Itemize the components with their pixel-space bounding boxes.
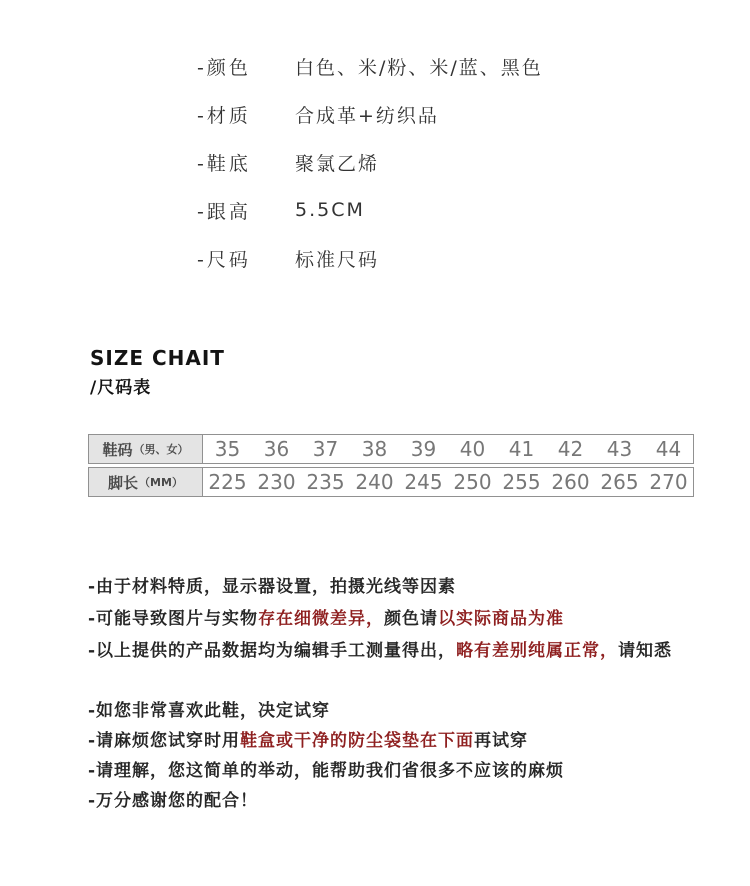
disclaimer-block-2: -如您非常喜欢此鞋，决定试穿 -请麻烦您试穿时用鞋盒或干净的防尘袋垫在下面再试穿… [88, 696, 564, 816]
note-segment: -以上提供的产品数据均为编辑手工测量得出， [88, 641, 456, 661]
size-table-header-text: 脚长 [108, 472, 138, 493]
note-line: -以上提供的产品数据均为编辑手工测量得出，略有差别纯属正常，请知悉 [88, 635, 672, 667]
size-table-row-shoe-size: 鞋码 （男、女） 35 36 37 38 39 40 41 42 43 44 [88, 434, 694, 464]
disclaimer-block-1: -由于材料特质，显示器设置，拍摄光线等因素 -可能导致图片与实物存在细微差异，颜… [88, 571, 672, 667]
size-table-cell: 44 [644, 435, 693, 463]
size-table-cell: 230 [252, 468, 301, 496]
spec-label-material: -材质 [197, 101, 295, 128]
spec-label-sole: -鞋底 [197, 149, 295, 176]
spec-value-size: 标准尺码 [295, 245, 379, 272]
size-table-header-sub: （男、女） [134, 441, 189, 457]
note-segment: 颜色请 [384, 609, 438, 629]
size-table-cell: 260 [546, 468, 595, 496]
spec-row-color: -颜色 白色、米/粉、米/蓝、黑色 [197, 42, 543, 90]
spec-label-heel-height: -跟高 [197, 197, 295, 224]
note-segment: 再试穿 [474, 731, 528, 751]
size-table-cell: 43 [595, 435, 644, 463]
spec-value-heel-height: 5.5CM [295, 199, 365, 221]
spec-row-sole: -鞋底 聚氯乙烯 [197, 138, 543, 186]
size-table-cell: 250 [448, 468, 497, 496]
note-segment: -由于材料特质，显示器设置，拍摄光线等因素 [88, 577, 456, 597]
spec-row-heel-height: -跟高 5.5CM [197, 186, 543, 234]
note-segment: -可能导致图片与实物 [88, 609, 258, 629]
note-segment-red: 存在细微差异， [258, 609, 384, 629]
note-line: -如您非常喜欢此鞋，决定试穿 [88, 696, 564, 726]
note-segment: -如您非常喜欢此鞋，决定试穿 [88, 701, 330, 721]
note-line: -由于材料特质，显示器设置，拍摄光线等因素 [88, 571, 672, 603]
size-table-cell: 270 [644, 468, 693, 496]
size-table-cell: 245 [399, 468, 448, 496]
size-table-cell: 265 [595, 468, 644, 496]
size-table-cell: 255 [497, 468, 546, 496]
note-segment: -万分感谢您的配合！ [88, 791, 258, 811]
spec-value-color: 白色、米/粉、米/蓝、黑色 [295, 53, 543, 80]
size-table-cell: 35 [203, 435, 252, 463]
note-segment: -请麻烦您试穿时用 [88, 731, 240, 751]
spec-value-material: 合成革+纺织品 [295, 101, 439, 128]
size-table-header-text: 鞋码 [102, 439, 132, 460]
size-table-cell: 235 [301, 468, 350, 496]
note-segment-red: 以实际商品为准 [438, 609, 564, 629]
size-chart-title-en: SIZE CHAIT [90, 346, 225, 370]
spec-row-size: -尺码 标准尺码 [197, 234, 543, 282]
size-table-cell: 41 [497, 435, 546, 463]
size-table-cell: 225 [203, 468, 252, 496]
spec-list: -颜色 白色、米/粉、米/蓝、黑色 -材质 合成革+纺织品 -鞋底 聚氯乙烯 -… [197, 42, 543, 282]
size-table-header-shoe-size: 鞋码 （男、女） [89, 435, 203, 463]
spec-row-material: -材质 合成革+纺织品 [197, 90, 543, 138]
size-table-cell: 40 [448, 435, 497, 463]
spec-value-sole: 聚氯乙烯 [295, 149, 379, 176]
note-line: -请理解，您这简单的举动，能帮助我们省很多不应该的麻烦 [88, 756, 564, 786]
spec-label-color: -颜色 [197, 53, 295, 80]
product-detail-page: -颜色 白色、米/粉、米/蓝、黑色 -材质 合成革+纺织品 -鞋底 聚氯乙烯 -… [0, 0, 750, 886]
note-line: -万分感谢您的配合！ [88, 786, 564, 816]
size-table-cell: 39 [399, 435, 448, 463]
size-table-cell: 36 [252, 435, 301, 463]
note-segment: 请知悉 [618, 641, 672, 661]
size-table-header-foot-length: 脚长 （MM） [89, 468, 203, 496]
size-table-header-sub: （MM） [139, 474, 183, 490]
size-table: 鞋码 （男、女） 35 36 37 38 39 40 41 42 43 44 脚… [88, 434, 694, 500]
size-table-cell: 240 [350, 468, 399, 496]
spec-label-size: -尺码 [197, 245, 295, 272]
size-table-row-foot-length: 脚长 （MM） 225 230 235 240 245 250 255 260 … [88, 467, 694, 497]
note-line: -请麻烦您试穿时用鞋盒或干净的防尘袋垫在下面再试穿 [88, 726, 564, 756]
size-chart-heading: SIZE CHAIT /尺码表 [90, 346, 225, 398]
size-table-cell: 38 [350, 435, 399, 463]
note-segment-red: 鞋盒或干净的防尘袋垫在下面 [240, 731, 474, 751]
size-chart-title-cn: /尺码表 [90, 373, 225, 398]
size-table-cell: 37 [301, 435, 350, 463]
size-table-cell: 42 [546, 435, 595, 463]
note-line: -可能导致图片与实物存在细微差异，颜色请以实际商品为准 [88, 603, 672, 635]
note-segment-red: 略有差别纯属正常， [456, 641, 618, 661]
note-segment: -请理解，您这简单的举动，能帮助我们省很多不应该的麻烦 [88, 761, 564, 781]
